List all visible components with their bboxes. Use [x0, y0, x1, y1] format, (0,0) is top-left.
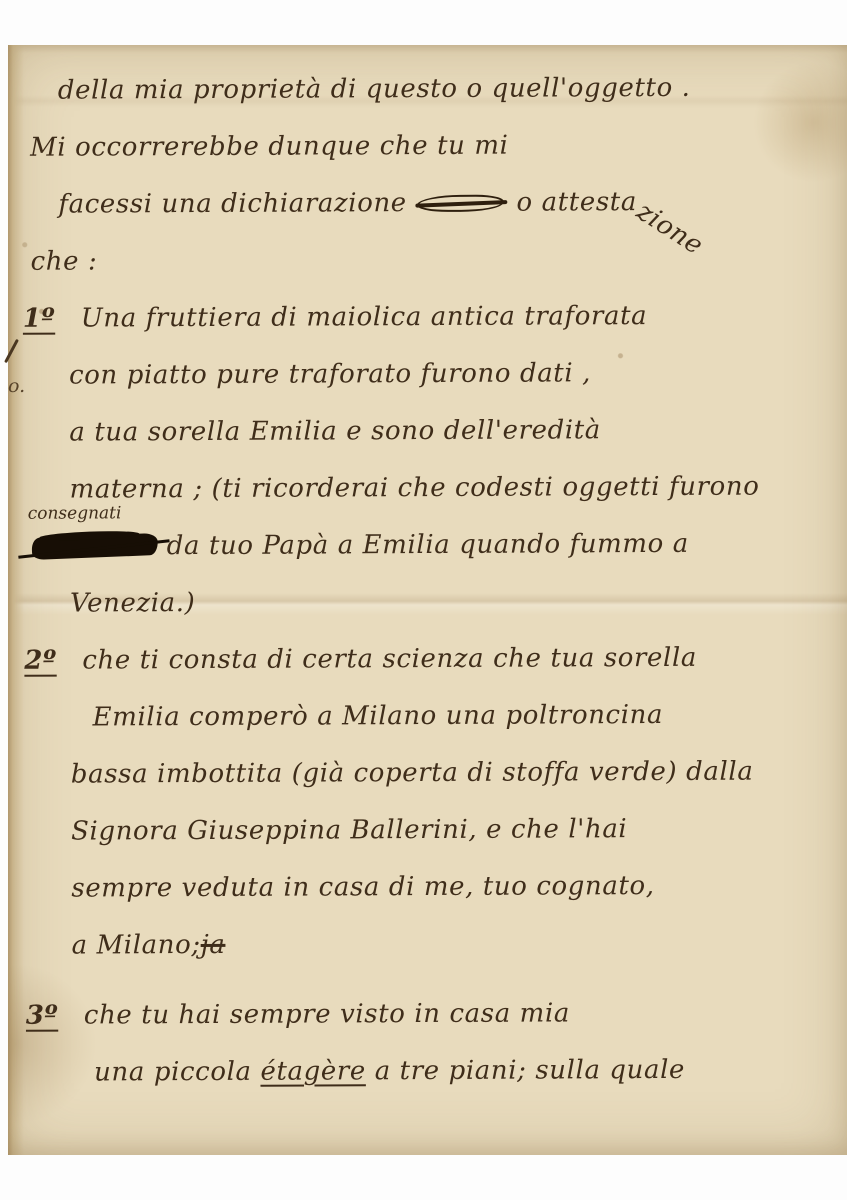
struck-through-letters: ja	[201, 930, 226, 960]
manuscript-line: che :	[6, 230, 845, 291]
manuscript-line: 1ºUna fruttiera di maiolica antica trafo…	[7, 287, 846, 348]
text-run: Signora Giuseppina Ballerini, e che l'ha…	[71, 814, 627, 846]
text-run: materna ; (ti ricorderai che codesti ogg…	[70, 472, 760, 505]
manuscript-line: sempre veduta in casa di me, tuo cognato…	[9, 857, 847, 918]
text-run: facessi una dichiarazione	[58, 188, 415, 220]
text-run: a tre piani; sulla quale	[366, 1055, 685, 1086]
manuscript-line: Venezia.)	[8, 572, 847, 633]
text-run: a tua sorella Emilia e sono dell'eredità	[69, 415, 601, 447]
manuscript-line: 3ºche tu hai sempre visto in casa mia	[10, 984, 847, 1045]
manuscript-line: 2ºche ti consta di certa scienza che tua…	[8, 629, 847, 690]
text-run: a Milano;	[72, 930, 201, 961]
manuscript-line: una piccola étagère a tre piani; sulla q…	[10, 1041, 847, 1102]
crossed-out-word	[416, 194, 508, 212]
text-run: che :	[31, 246, 98, 276]
text-run: che tu hai sempre visto in casa mia	[84, 998, 570, 1030]
manuscript-line: facessi una dichiarazione o attestazione	[6, 173, 845, 234]
text-run: da tuo Papà a Emilia quando fummo a	[158, 529, 689, 561]
manuscript-line: a tua sorella Emilia e sono dell'eredità	[7, 401, 846, 462]
text-run: sempre veduta in casa di me, tuo cognato…	[71, 871, 654, 904]
manuscript-line: bassa imbottita (già coperta di stoffa v…	[9, 743, 847, 804]
text-run: con piatto pure traforato furono dati ,	[69, 358, 591, 390]
text-run: Venezia.)	[70, 588, 195, 619]
item-number: 1º	[23, 291, 81, 348]
text-run: una piccola	[94, 1057, 260, 1088]
text-run: della mia proprietà di questo o quell'og…	[58, 73, 691, 106]
manuscript-line: della mia proprietà di questo o quell'og…	[6, 59, 845, 120]
manuscript-line: Emilia comperò a Milano una poltroncina	[8, 686, 847, 747]
blacked-out-word	[31, 533, 158, 560]
text-run: bassa imbottita (già coperta di stoffa v…	[71, 757, 754, 790]
underlined-word: étagère	[260, 1056, 366, 1086]
interlinear-insertion: consegnati	[28, 505, 122, 522]
letter-paper: o. della mia proprietà di questo o quell…	[8, 45, 847, 1155]
text-run: Mi occorrerebbe dunque che tu mi	[30, 131, 509, 163]
text-run: che ti consta di certa scienza che tua s…	[82, 643, 697, 676]
manuscript-text-block: della mia proprietà di questo o quell'og…	[6, 59, 847, 1102]
text-run: Una fruttiera di maiolica antica trafora…	[81, 301, 648, 333]
text-run: o attesta	[508, 187, 637, 218]
item-number: 3º	[26, 988, 84, 1045]
manuscript-line: Mi occorrerebbe dunque che tu mi	[6, 116, 845, 177]
text-run: Emilia comperò a Milano una poltroncina	[93, 700, 664, 732]
item-number: 2º	[24, 633, 82, 690]
manuscript-line: a Milano;ja	[9, 914, 847, 975]
manuscript-line: materna ; (ti ricorderai che codesti ogg…	[7, 458, 846, 519]
manuscript-line: Signora Giuseppina Ballerini, e che l'ha…	[9, 800, 847, 861]
manuscript-line: consegnati da tuo Papà a Emilia quando f…	[8, 515, 847, 576]
manuscript-line: con piatto pure traforato furono dati ,	[7, 344, 846, 405]
